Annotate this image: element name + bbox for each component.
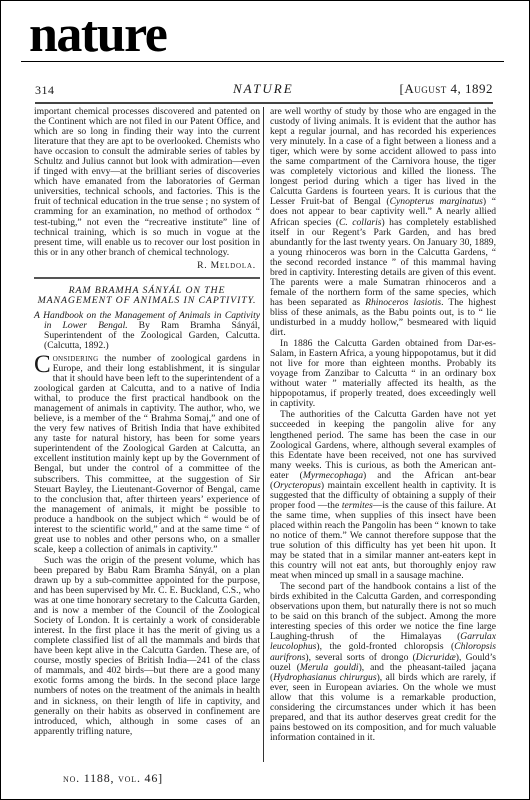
text-run: are well worthy of study by those who ar… — [270, 106, 496, 207]
left-column: important chemical processes discovered … — [34, 107, 260, 737]
article-paragraph-2: Such was the origin of the present volum… — [34, 556, 260, 737]
text-run: —is the cause of this failure. At the sa… — [270, 500, 496, 581]
article-paragraph-5: The authorities of the Calcutta Garden h… — [270, 410, 496, 581]
masthead-divider — [21, 61, 504, 62]
drop-cap: C — [34, 355, 51, 375]
right-column: are well worthy of study by those who ar… — [270, 107, 496, 743]
book-reference: A Handbook on the Management of Animals … — [34, 311, 260, 351]
paragraph-text: the number of zoological gardens in Euro… — [34, 353, 260, 555]
article-paragraph-1: Considering the number of zoological gar… — [34, 354, 260, 555]
article-paragraph-3: are well worthy of study by those who ar… — [270, 107, 496, 338]
continued-paragraph: important chemical processes discovered … — [34, 107, 260, 258]
article-title: Ram Bramha Sányál on the Management of A… — [34, 286, 260, 307]
running-head: 314 NATURE [August 4, 1892 — [35, 81, 493, 99]
running-head-rule — [35, 102, 493, 104]
masthead-logo: nature — [29, 9, 166, 61]
journal-title: NATURE — [233, 81, 294, 97]
journal-page: nature 314 NATURE [August 4, 1892 import… — [0, 0, 530, 800]
issue-date: [August 4, 1892 — [400, 81, 493, 97]
page-number: 314 — [35, 83, 55, 98]
text-run: ) has completely established itself in o… — [270, 217, 496, 308]
issue-reference: no. 1188, vol. 46] — [63, 771, 163, 786]
section-divider — [34, 277, 260, 279]
column-divider — [263, 107, 264, 762]
author-signature: R. Meldola. — [34, 261, 260, 271]
article-paragraph-4: In 1886 the Calcutta Garden obtained fro… — [270, 339, 496, 409]
article-paragraph-6: The second part of the handbook contains… — [270, 582, 496, 743]
text-run: ), all birds which are rarely, if ever, … — [270, 672, 496, 743]
